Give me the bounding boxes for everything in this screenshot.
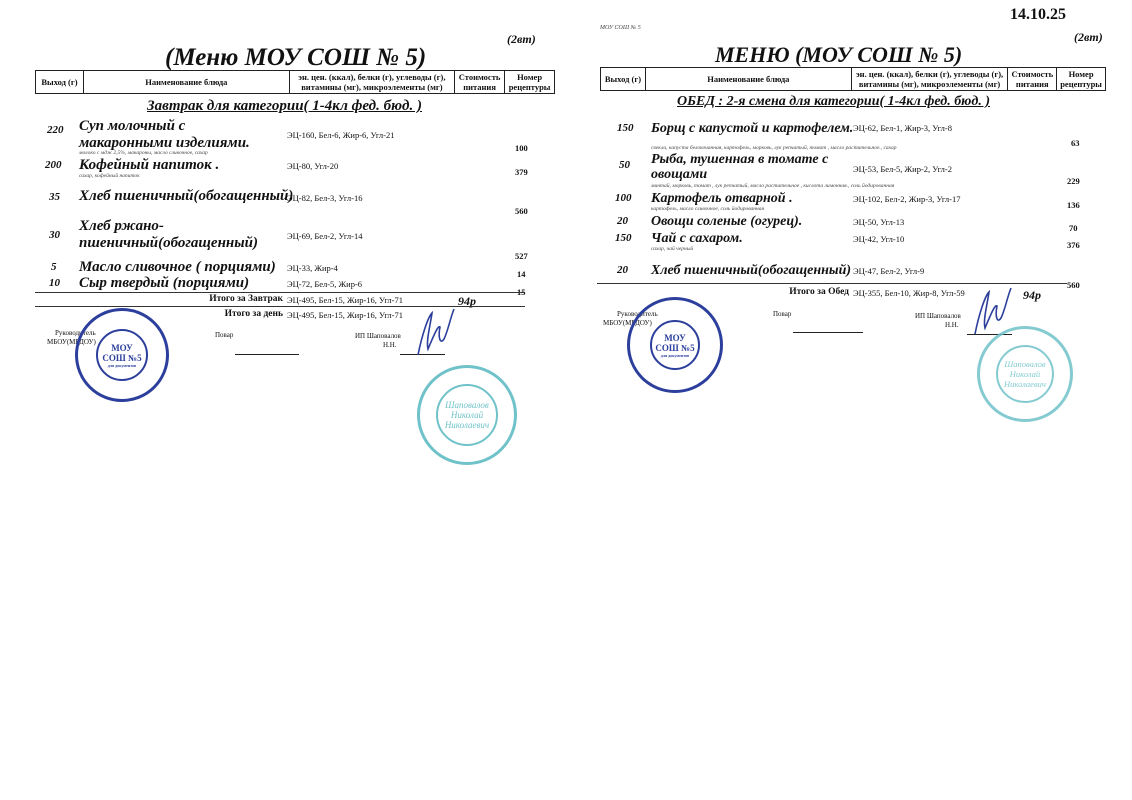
menu-table-header: Выход (г) Наименование блюда эн. цен. (к… <box>35 70 555 94</box>
cook-signature-line <box>235 354 299 355</box>
col-nutrition: эн. цен. (ккал), белки (г), углеводы (г)… <box>851 68 1008 91</box>
page-title: МЕНЮ (МОУ СОШ № 5) <box>715 42 962 68</box>
supplier-initials: Н.Н. <box>383 341 397 349</box>
col-yield: Выход (г) <box>601 68 646 91</box>
col-cost: Стоимостьпитания <box>1008 68 1057 91</box>
ip-stamp-icon: Шаповалов Николай Николаевич <box>417 365 517 465</box>
divider <box>35 292 525 293</box>
school-stamp-icon: МОУ СОШ №5 для документов <box>627 297 723 393</box>
breakfast-total-nutrition: ЭЦ-495, Бел-15, Жир-16, Угл-71 <box>287 295 403 305</box>
page-title: (Меню МОУ СОШ № 5) <box>165 44 426 72</box>
day-total-nutrition: ЭЦ-495, Бел-15, Жир-16, Угл-71 <box>287 310 403 320</box>
breakfast-total-label: Итого за Завтрак <box>185 294 283 304</box>
lunch-total-label: Итого за Обед <box>747 287 849 297</box>
cook-label: Повар <box>773 310 791 318</box>
menu-table-header: Выход (г) Наименование блюда эн. цен. (к… <box>600 67 1106 91</box>
supplier-initials: Н.Н. <box>945 321 959 329</box>
col-nutrition: эн. цен. (ккал), белки (г), углеводы (г)… <box>289 71 454 94</box>
shift-label: (2вт) <box>507 32 536 47</box>
cook-signature-line <box>793 332 863 333</box>
col-dish-name: Наименование блюда <box>645 68 851 91</box>
org-label: МОУ СОШ № 5 <box>600 25 641 31</box>
lunch-total-price: 94р <box>1023 288 1041 303</box>
signature-icon <box>410 305 460 360</box>
day-total-label: Итого за день <box>185 309 283 319</box>
supplier-label: ИП Шаповалов <box>915 312 961 320</box>
shift-label: (2вт) <box>1074 30 1103 45</box>
supplier-label: ИП Шаповалов <box>355 332 401 340</box>
col-dish-name: Наименование блюда <box>83 71 289 94</box>
col-yield: Выход (г) <box>36 71 84 94</box>
col-cost: Стоимостьпитания <box>455 71 505 94</box>
lunch-total-nutrition: ЭЦ-355, Бел-10, Жир-8, Угл-59 <box>853 288 965 298</box>
col-recipe-number: Номеррецептуры <box>505 71 555 94</box>
col-recipe-number: Номеррецептуры <box>1057 68 1106 91</box>
cook-label: Повар <box>215 331 233 339</box>
section-title: ОБЕД : 2-я смена для категории( 1-4кл фе… <box>677 94 990 110</box>
ip-stamp-icon: Шаповалов Николай Николаевич <box>977 326 1073 422</box>
section-title: Завтрак для категории( 1-4кл фед. бюд. ) <box>147 98 422 115</box>
menu-date: 14.10.25 <box>1010 6 1066 24</box>
school-stamp-icon: МОУ СОШ №5 для документов <box>75 308 169 402</box>
